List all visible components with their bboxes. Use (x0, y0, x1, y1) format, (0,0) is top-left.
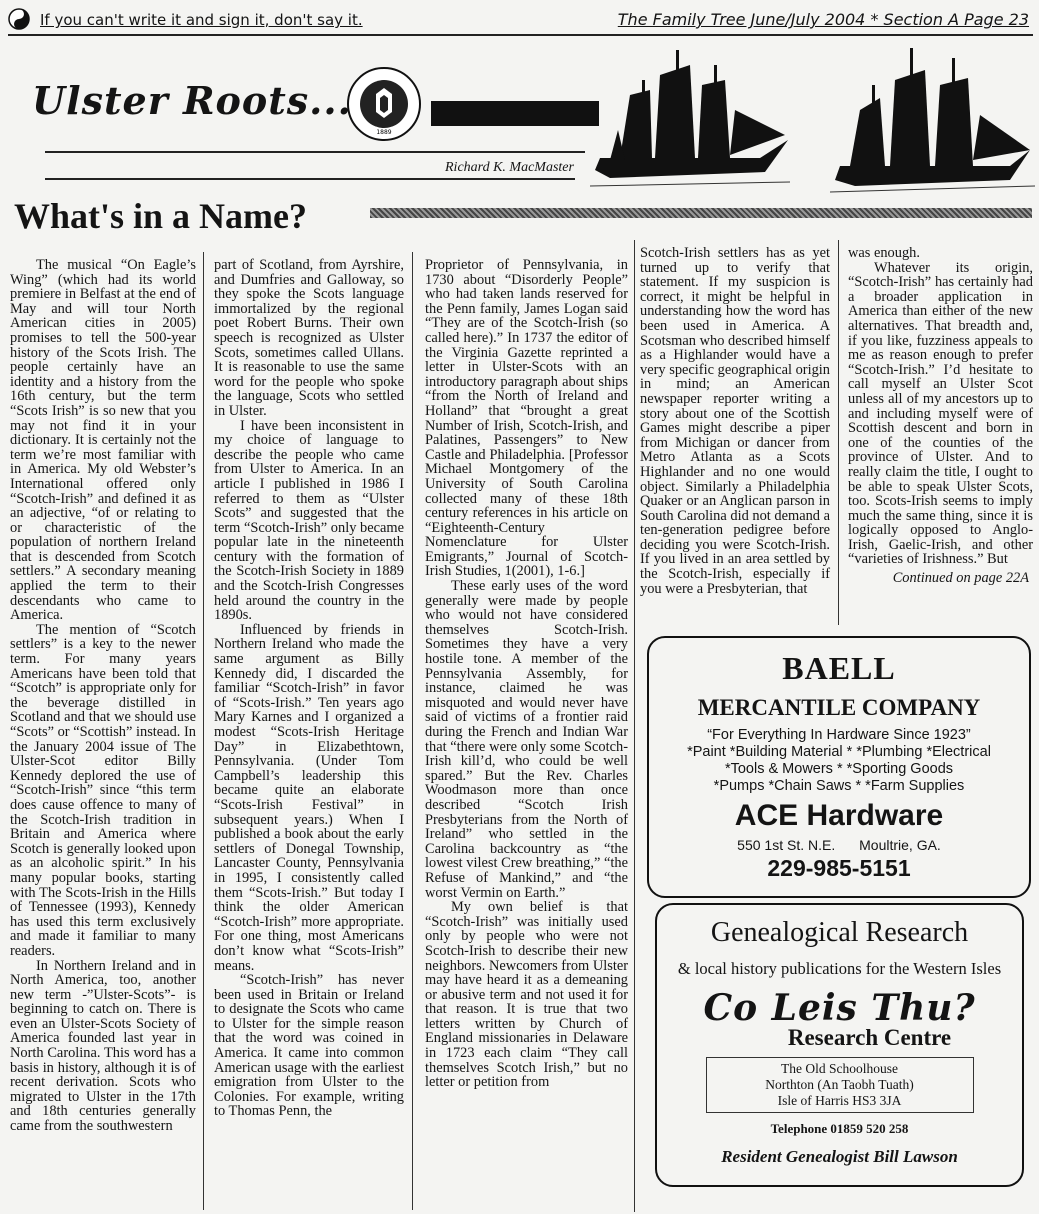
ad-street: 550 1st St. N.E. (737, 837, 835, 853)
ad-company-name: BAELL (649, 650, 1029, 687)
ad-items-line: *Tools & Mowers * *Sporting Goods (649, 761, 1029, 778)
ad-telephone: Telephone 01859 520 258 (657, 1121, 1022, 1137)
ad-address-box: The Old Schoolhouse Northton (An Taobh T… (706, 1057, 974, 1113)
paragraph: Influenced by friends in Northern Irelan… (214, 623, 404, 973)
sailing-ships-illustration (590, 40, 1035, 200)
ad-address: 550 1st St. N.E. Moultrie, GA. (649, 837, 1029, 853)
ad-city: Moultrie, GA. (859, 837, 941, 853)
paragraph: The mention of “Scotch settlers” is a ke… (10, 623, 196, 959)
ad-address-line: The Old Schoolhouse (707, 1061, 973, 1077)
paragraph: The musical “On Eagle’s Wing” (which had… (10, 258, 196, 623)
ad-subtitle: & local history publications for the Wes… (657, 959, 1022, 979)
ad-items-line: *Paint *Building Material * *Plumbing *E… (649, 744, 1029, 761)
column-divider (838, 240, 839, 625)
article-column-5: was enough. Whatever its origin, “Scotch… (848, 246, 1033, 586)
divider (45, 151, 585, 153)
ad-address-line: Isle of Harris HS3 3JA (707, 1093, 973, 1109)
column-divider (412, 252, 413, 1210)
divider (45, 178, 575, 180)
ad-tagline: “For Everything In Hardware Since 1923” (649, 727, 1029, 744)
baell-hardware-ad: BAELL MERCANTILE COMPANY “For Everything… (647, 636, 1031, 898)
ad-resident-genealogist: Resident Genealogist Bill Lawson (657, 1147, 1022, 1167)
paragraph: I have been inconsistent in my choice of… (214, 419, 404, 623)
society-seal-icon: 1889 (346, 66, 422, 142)
ad-items-line: *Pumps *Chain Saws * *Farm Supplies (649, 778, 1029, 795)
yin-yang-icon (8, 8, 30, 30)
ad-title: Genealogical Research (657, 917, 1022, 949)
paragraph: Proprietor of Pennsylvania, in 1730 abou… (425, 258, 628, 579)
ad-script-name: Co Leis Thu? (657, 987, 1022, 1029)
genealogical-research-ad: Genealogical Research & local history pu… (655, 903, 1024, 1187)
paragraph: Whatever its origin, “Scotch-Irish” has … (848, 261, 1033, 567)
paragraph: part of Scotland, from Ayrshire, and Dum… (214, 258, 404, 419)
header-motto: If you can't write it and sign it, don't… (40, 11, 363, 29)
paragraph: “Scotch-Irish” has never been used in Br… (214, 973, 404, 1119)
ad-company-subtitle: MERCANTILE COMPANY (649, 695, 1029, 721)
article-headline: What's in a Name? (14, 195, 307, 237)
article-column-2: part of Scotland, from Ayrshire, and Dum… (214, 258, 404, 1119)
paragraph: Scotch-Irish settlers has as yet turned … (640, 246, 830, 596)
column-divider (634, 240, 635, 1212)
decorative-black-bar (431, 101, 599, 126)
page-header: If you can't write it and sign it, don't… (8, 8, 1033, 36)
article-column-4: Scotch-Irish settlers has as yet turned … (640, 246, 830, 596)
ad-phone: 229-985-5151 (649, 855, 1029, 882)
paragraph: These early uses of the word generally w… (425, 579, 628, 900)
column-title: Ulster Roots.... (32, 78, 366, 123)
ad-brand: ACE Hardware (649, 799, 1029, 833)
publication-info: The Family Tree June/July 2004 * Section… (618, 10, 1029, 29)
svg-text:1889: 1889 (376, 129, 391, 136)
headline-rule (370, 208, 1032, 218)
author-byline: Richard K. MacMaster (445, 160, 574, 176)
paragraph: was enough. (848, 246, 1033, 261)
continued-note: Continued on page 22A (848, 571, 1033, 586)
paragraph: In Northern Ireland and in North America… (10, 959, 196, 1134)
article-column-1: The musical “On Eagle’s Wing” (which had… (10, 258, 196, 1134)
paragraph: My own belief is that “Scotch-Irish” was… (425, 900, 628, 1090)
column-divider (203, 252, 204, 1210)
article-column-3: Proprietor of Pennsylvania, in 1730 abou… (425, 258, 628, 1090)
ad-address-line: Northton (An Taobh Tuath) (707, 1077, 973, 1093)
